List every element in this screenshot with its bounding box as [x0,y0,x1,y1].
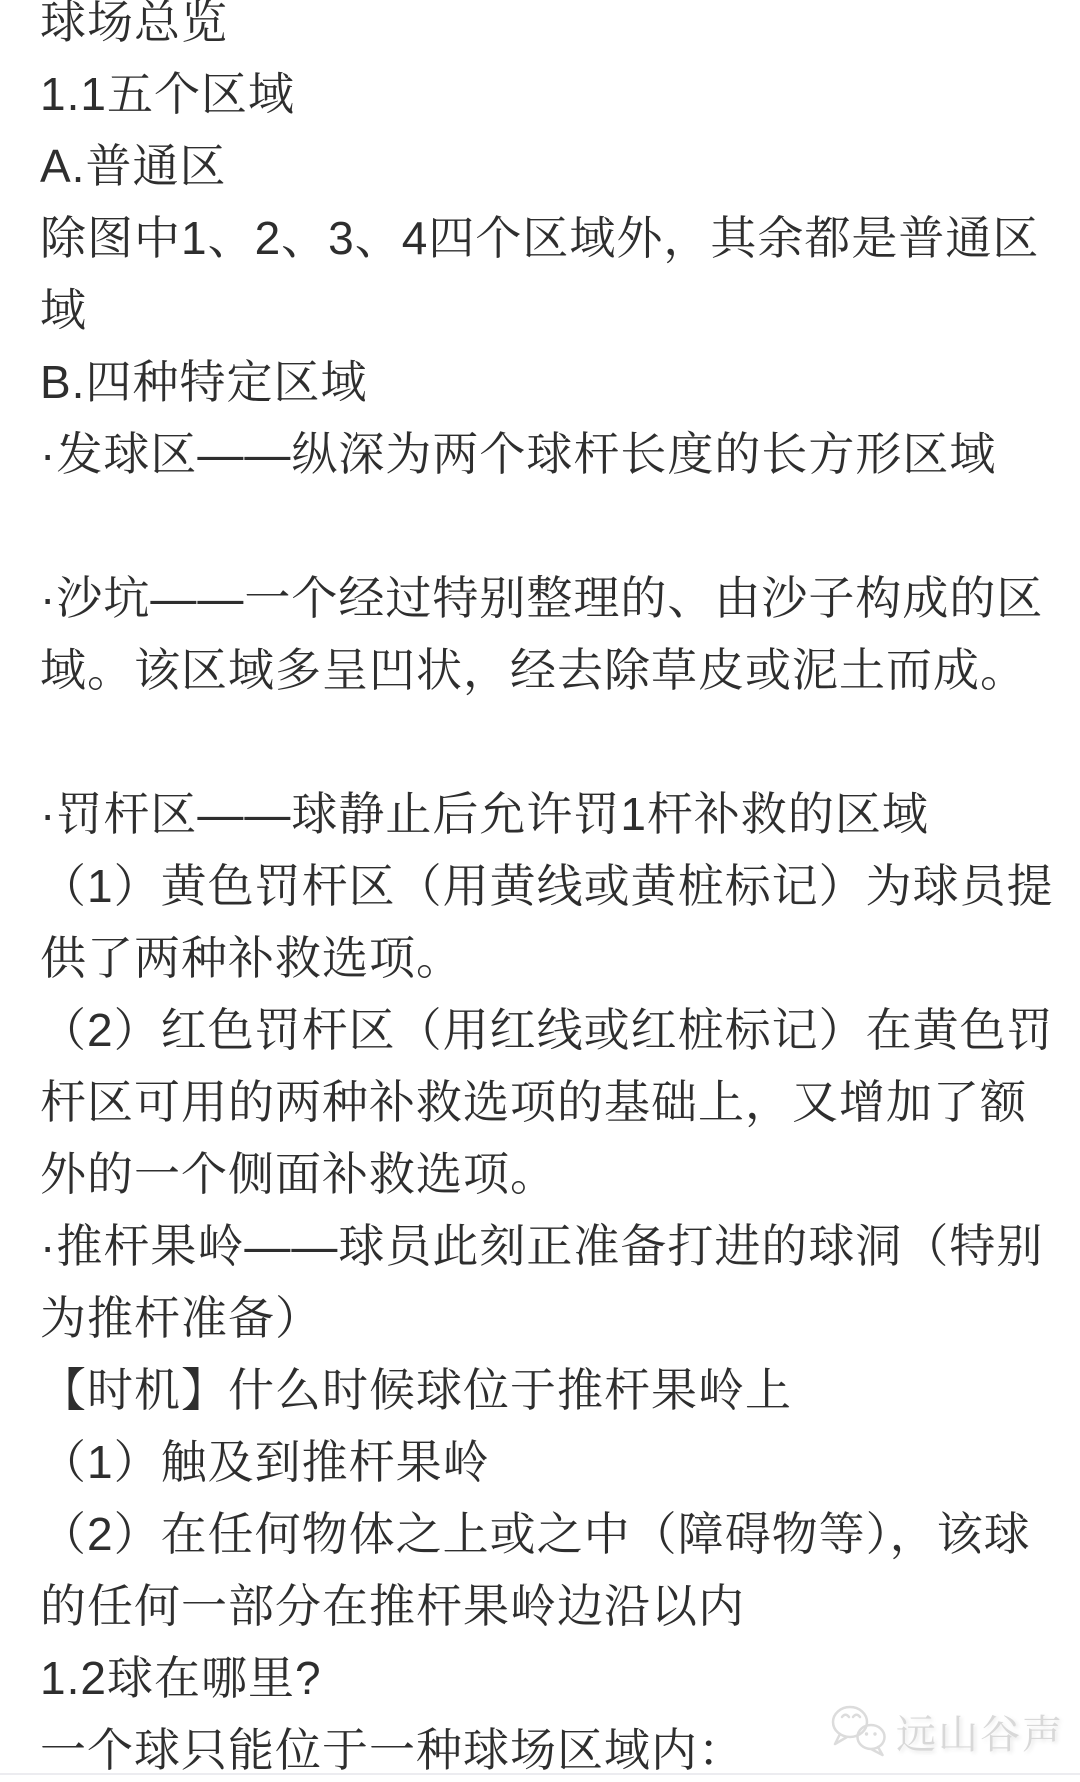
text-line-bullet-putting-green: ·推杆果岭——球员此刻正准备打进的球洞（特别 [40,1210,1070,1282]
bottom-divider [0,1773,1080,1775]
text-line: B.四种特定区域 [40,346,1070,418]
text-line-timing: 【时机】什么时候球位于推杆果岭上 [40,1354,1070,1426]
wechat-logo-icon [826,1700,890,1762]
article-content: 球场总览 1.1五个区域 A.普通区 除图中1、2、3、4四个区域外，其余都是普… [0,0,1080,1782]
text-line: 域 [40,274,1070,346]
text-line: 供了两种补救选项。 [40,922,1070,994]
text-line: 外的一个侧面补救选项。 [40,1138,1070,1210]
text-line-bullet-bunker: ·沙坑——一个经过特别整理的、由沙子构成的区 [40,562,1070,634]
text-line: A.普通区 [40,130,1070,202]
text-line: 杆区可用的两种补救选项的基础上，又增加了额 [40,1066,1070,1138]
text-line-section-1-1: 1.1五个区域 [40,58,1070,130]
text-line: （1）触及到推杆果岭 [40,1426,1070,1498]
watermark: 远山谷声 [826,1700,1064,1762]
text-line: 除图中1、2、3、4四个区域外，其余都是普通区 [40,202,1070,274]
text-line: 域。该区域多呈凹状，经去除草皮或泥土而成。 [40,634,1070,706]
text-line: （2）在任何物体之上或之中（障碍物等），该球 [40,1498,1070,1570]
blank-line [40,706,1070,778]
text-line: （1）黄色罚杆区（用黄线或黄桩标记）为球员提 [40,850,1070,922]
text-line: 为推杆准备） [40,1282,1070,1354]
watermark-text: 远山谷声 [896,1703,1064,1760]
text-line: 的任何一部分在推杆果岭边沿以内 [40,1570,1070,1642]
text-line: （2）红色罚杆区（用红线或红桩标记）在黄色罚 [40,994,1070,1066]
text-line-bullet-penalty-area: ·罚杆区——球静止后允许罚1杆补救的区域 [40,778,1070,850]
text-line-bullet-teeing-area: ·发球区——纵深为两个球杆长度的长方形区域 [40,418,1070,490]
text-line-title: 球场总览 [40,0,1070,58]
blank-line [40,490,1070,562]
